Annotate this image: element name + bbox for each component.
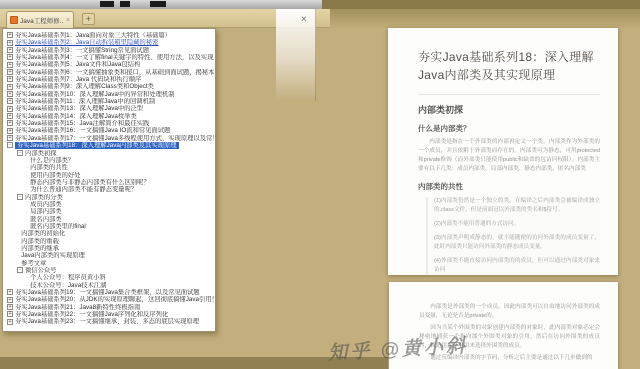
expand-plus-box-icon[interactable]: + [7, 311, 13, 317]
tree-item[interactable]: +夯实Java基础系列3：一文搞懂String常见面试题 [5, 47, 214, 54]
tree-item-label: 为什么普通内部类不能有静态变量呢？ [26, 186, 137, 193]
tree-item-label: 匿名内部类 [26, 216, 62, 223]
tree-item[interactable]: Java内部类的实现原理 [5, 252, 214, 259]
expand-plus-box-icon[interactable]: + [7, 76, 13, 82]
tree-item-label: 技术公众号：Java技术江湖 [26, 282, 106, 289]
divider [418, 94, 600, 95]
tree-item[interactable]: -内部类的分类 [5, 194, 214, 201]
expand-plus-box-icon[interactable]: + [7, 40, 13, 46]
tree-item[interactable]: +夯实Java基础系列14：深入理解Java枚举类 [5, 113, 214, 120]
tree-item[interactable]: 个人公众号：程序员黄小斜 [5, 274, 214, 281]
tree-item-label: 夯实Java基础系列5：Java文件和Java包结构 [15, 61, 140, 68]
tree-item-label: 匿名内部类里的final [26, 223, 86, 230]
tree-item-label: 夯实Java基础系列16：一文搞懂Java IO流和常见面试题 [15, 127, 170, 134]
tree-item-label: 什么是内部类？ [26, 157, 74, 164]
tab-title: Java工程师修... [20, 16, 64, 25]
tree-item[interactable]: +夯实Java基础系列19：一文搞懂Java集合类框架，以及常见面试题 [5, 289, 214, 296]
tree-item[interactable]: -微信公众号 [5, 267, 214, 274]
tree-item-label: 成员内部类 [26, 201, 62, 208]
tree-item-label: 夯实Java基础系列15：Java注解简介和最佳实践 [15, 120, 149, 127]
tree-item[interactable]: 内部类的继承 [5, 245, 214, 252]
expand-plus-box-icon[interactable]: + [7, 91, 13, 97]
tree-item[interactable]: 静态内部类与非静态内部类有什么区别呢？ [5, 179, 214, 186]
tree-item-label: 微信公众号 [25, 267, 56, 274]
titlebar-glyph [120, 1, 130, 7]
tree-item[interactable]: 内部类的初始化 [5, 230, 214, 237]
tree-item-label: 夯实Java基础系列11：深入理解Java中的回调机制 [15, 98, 155, 105]
expand-plus-box-icon[interactable]: + [7, 47, 13, 53]
tree-item-label: 夯实Java基础系列17：一文搞懂Java多线程使用方式，实现原理以及常见面试题 [15, 135, 214, 142]
tree-item-label: 内部类初探 [25, 150, 56, 157]
tree-item[interactable]: +夯实Java基础系列6：一文搞懂抽象类和接口，从基础到面试题，揭秘本质区别！ [5, 69, 214, 76]
tree-item[interactable]: +夯实Java基础系列5：Java文件和Java包结构 [5, 61, 214, 68]
section-heading-intro: 内部类初探 [418, 103, 600, 116]
pane-edge [276, 9, 316, 101]
tree-item[interactable]: +夯实Java基础系列9：深入理解Class类和Object类 [5, 83, 214, 90]
tree-item-label: 夯实Java基础系列9：深入理解Class类和Object类 [15, 83, 154, 90]
tree-item-label: 夯实Java基础系列2：Java自动拆装箱里隐藏的秘密 [15, 39, 158, 46]
titlebar-glyph [150, 1, 166, 7]
tree-item-label: 夯实Java基础系列22：一文搞懂Java序列化和反序列化 [15, 311, 168, 318]
tree-item-label: 内部类的初始化 [17, 230, 65, 237]
expand-plus-box-icon[interactable]: + [7, 120, 13, 126]
tree-item[interactable]: 为什么普通内部类不能有静态变量呢？ [5, 186, 214, 193]
tree-item[interactable]: 参考文章 [5, 260, 214, 267]
collapse-minus-box-icon[interactable]: - [7, 142, 13, 148]
expand-plus-box-icon[interactable]: + [7, 32, 13, 38]
paragraph-what-is-inner-class: 内部类是指在一个外部类的内部再定义一个类。内部类作为外部类的一个成员，并且依附于… [418, 138, 600, 174]
tree-item-label: 局部内部类 [26, 208, 62, 215]
tree-item-label: 夯实Java基础系列14：深入理解Java枚举类 [15, 113, 137, 120]
tree-item-label: 个人公众号：程序员黄小斜 [26, 274, 106, 281]
tree-item[interactable]: 技术公众号：Java技术江湖 [5, 282, 214, 289]
tree-item[interactable]: 内部类的共性 [5, 164, 214, 171]
titlebar-glyph [100, 1, 114, 7]
tree-item[interactable]: 内部类的重载 [5, 238, 214, 245]
expand-plus-box-icon[interactable]: + [7, 304, 13, 310]
expand-plus-box-icon[interactable]: + [7, 297, 13, 303]
quote-paragraph: (2)内部类不能用普通的方式访问。 [434, 220, 600, 229]
tree-item-label: 夯实Java基础系列6：一文搞懂抽象类和接口，从基础到面试题，揭秘本质区别！ [15, 69, 214, 76]
tab-java-series[interactable]: Java工程师修... × [6, 11, 74, 28]
expand-plus-box-icon[interactable]: + [7, 106, 13, 112]
tab-favicon-icon [10, 16, 18, 24]
expand-plus-box-icon[interactable]: + [7, 289, 13, 295]
subsection-commonality: 内部类的共性 [418, 181, 600, 192]
expand-plus-box-icon[interactable]: + [7, 69, 13, 75]
tree-item-label: 夯实Java基础系列23：一文搞懂继承、封装、多态的底层实现原理 [15, 318, 199, 325]
tree-item[interactable]: +夯实Java基础系列20：从JDK的实现原理聊起，这回彻底搞懂Java引用类型 [5, 296, 214, 303]
expand-plus-box-icon[interactable]: + [7, 135, 13, 141]
expand-plus-box-icon[interactable]: + [7, 84, 13, 90]
document-page-1: 夯实Java基础系列18：深入理解Java内部类及其实现原理 内部类初探 什么是… [388, 28, 618, 275]
window-titlebar [0, 0, 640, 9]
tree-item[interactable]: 局部内部类 [5, 208, 214, 215]
tree-item-label: 内部类的共性 [26, 164, 68, 171]
tree-item[interactable]: -夯实Java基础系列18：深入理解Java内部类及其实现原理 [5, 142, 214, 149]
page2-paragraph: 内部类是外部类的一个成员，因此内部类可以自由地访问外部类的成员变量，无论是否是p… [419, 303, 600, 321]
toc-sidebar: +夯实Java基础系列1：Java面向对象三大特性（基础篇）+夯实Java基础系… [2, 28, 216, 332]
collapse-minus-box-icon[interactable]: - [17, 150, 23, 156]
tree-item[interactable]: +夯实Java基础系列23：一文搞懂继承、封装、多态的底层实现原理 [5, 318, 214, 325]
expand-plus-box-icon[interactable]: + [7, 319, 13, 325]
tree-item[interactable]: +夯实Java基础系列13：深入理解Java中的泛型 [5, 105, 214, 112]
tree-item[interactable]: 成员内部类 [5, 201, 214, 208]
tree-item[interactable]: +夯实Java基础系列22：一文搞懂Java序列化和反序列化 [5, 311, 214, 318]
tree-item[interactable]: +夯实Java基础系列21：Java8新特性终极指南 [5, 304, 214, 311]
subsection-what-is-inner-class: 什么是内部类？ [418, 123, 600, 134]
tree-item-label: Java内部类的实现原理 [17, 252, 85, 259]
toc-tree: +夯实Java基础系列1：Java面向对象三大特性（基础篇）+夯实Java基础系… [3, 29, 215, 326]
collapse-minus-box-icon[interactable]: - [17, 194, 23, 200]
quote-paragraph: (1)内部类仍然是一个独立的类，在编译之后内部类会被编译成独立的.class文件… [434, 197, 600, 215]
tree-item[interactable]: 匿名内部类里的final [5, 223, 214, 230]
tree-item[interactable]: +夯实Java基础系列11：深入理解Java中的回调机制 [5, 98, 214, 105]
tree-item-label: 使用内部类的好处 [26, 172, 80, 179]
tree-item-label: 夯实Java基础系列10：深入理解Java中的异常和处理机制 [15, 91, 175, 98]
tree-item-label: 夯实Java基础系列4：一文了解final关键字的特性、使用方法，以及实现原理 [15, 54, 214, 61]
titlebar-left-segment [0, 0, 322, 9]
expand-plus-box-icon[interactable]: + [7, 98, 13, 104]
tree-item-label: 内部类的继承 [17, 245, 59, 252]
tree-item-label: 夯实Java基础系列18：深入理解Java内部类及其实现原理 [15, 142, 179, 149]
tree-item-label: 内部类的重载 [17, 238, 59, 245]
tree-item[interactable]: +夯实Java基础系列7：Java 代码块和执行顺序 [5, 76, 214, 83]
quote-paragraph: (4)外部类不能直接访问内部类的的成员，但可以通过内部类对象来访问 [434, 257, 600, 275]
tree-item-label: 夯实Java基础系列19：一文搞懂Java集合类框架，以及常见面试题 [15, 289, 200, 296]
tree-item[interactable]: 什么是内部类？ [5, 157, 214, 164]
tree-item-label: 夯实Java基础系列1：Java面向对象三大特性（基础篇） [15, 32, 171, 39]
tree-item[interactable]: -内部类初探 [5, 150, 214, 157]
tree-item[interactable]: +夯实Java基础系列1：Java面向对象三大特性（基础篇） [5, 32, 214, 39]
panel-close-icon[interactable]: × [301, 15, 307, 25]
expand-plus-box-icon[interactable]: + [7, 128, 13, 134]
tree-item-label: 静态内部类与非静态内部类有什么区别呢？ [26, 179, 150, 186]
expand-plus-box-icon[interactable]: + [7, 54, 13, 60]
tree-item[interactable]: +夯实Java基础系列2：Java自动拆装箱里隐藏的秘密 [5, 39, 214, 46]
tree-item-label: 夯实Java基础系列7：Java 代码块和执行顺序 [15, 76, 141, 83]
tree-item[interactable]: +夯实Java基础系列17：一文搞懂Java多线程使用方式，实现原理以及常见面试… [5, 135, 214, 142]
page-title: 夯实Java基础系列18：深入理解Java内部类及其实现原理 [418, 48, 600, 84]
collapse-minus-box-icon[interactable]: - [17, 267, 23, 273]
quote-paragraph: (3)内部类声明成静态的，就不能随便的访问外部类的成员变量了，此时内部类只能访问… [434, 234, 600, 252]
tree-item-label: 夯实Java基础系列13：深入理解Java中的泛型 [15, 105, 143, 112]
tree-item[interactable]: 使用内部类的好处 [5, 172, 214, 179]
tab-bar-right-band [330, 9, 640, 28]
quote-block: (1)内部类仍然是一个独立的类，在编译之后内部类会被编译成独立的.class文件… [426, 197, 600, 275]
new-tab-button[interactable]: + [82, 13, 95, 25]
tree-item[interactable]: +夯实Java基础系列10：深入理解Java中的异常和处理机制 [5, 91, 214, 98]
tree-item-label: 夯实Java基础系列3：一文搞懂String常见面试题 [15, 47, 149, 54]
tree-item[interactable]: 匿名内部类 [5, 216, 214, 223]
tree-item[interactable]: +夯实Java基础系列15：Java注解简介和最佳实践 [5, 120, 214, 127]
tree-item-label: 夯实Java基础系列20：从JDK的实现原理聊起，这回彻底搞懂Java引用类型 [15, 296, 214, 303]
tree-item-label: 夯实Java基础系列21：Java8新特性终极指南 [15, 304, 140, 311]
expand-plus-box-icon[interactable]: + [7, 113, 13, 119]
expand-plus-box-icon[interactable]: + [7, 62, 13, 68]
tree-item-label: 参考文章 [17, 260, 46, 267]
tab-close-icon[interactable]: × [66, 17, 70, 24]
tree-item-label: 内部类的分类 [25, 194, 63, 201]
tree-item[interactable]: +夯实Java基础系列4：一文了解final关键字的特性、使用方法，以及实现原理 [5, 54, 214, 61]
tree-item[interactable]: +夯实Java基础系列16：一文搞懂Java IO流和常见面试题 [5, 127, 214, 134]
